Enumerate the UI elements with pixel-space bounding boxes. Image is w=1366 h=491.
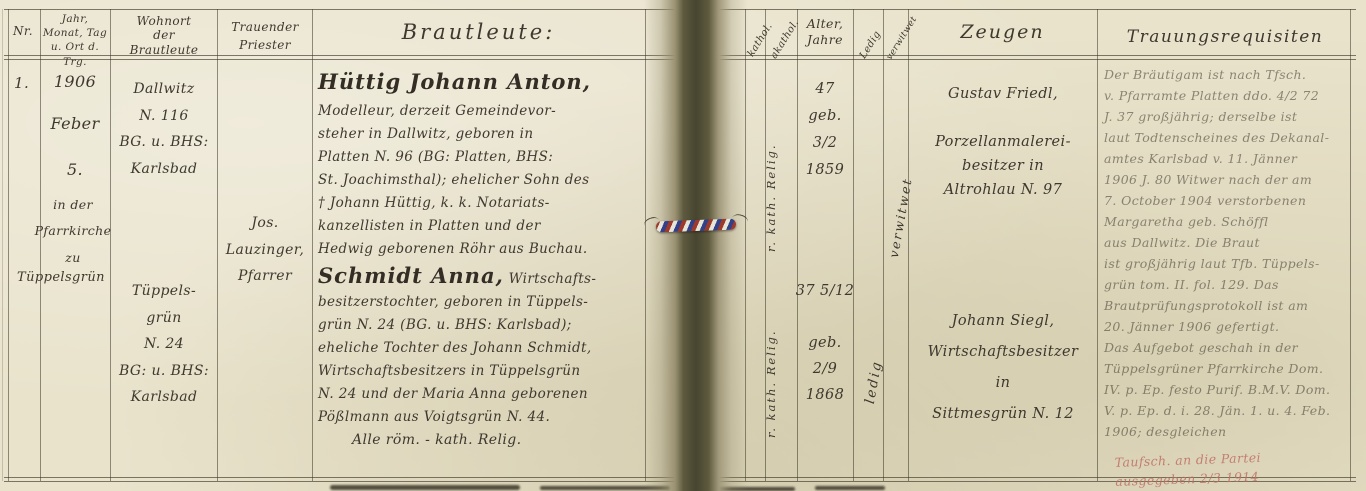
header-residence: Wohnort der Brautleute (112, 14, 216, 57)
residence-groom: Dallwitz N. 116 BG. u. BHS: Karlsbad (113, 76, 215, 182)
column-divider (217, 9, 218, 481)
entry-number: 1. (14, 72, 29, 95)
age-groom: 47 geb. 3/2 1859 (797, 76, 853, 184)
requisites-text: Der Bräutigam ist nach Tfsch. v. Pfarram… (1104, 64, 1354, 442)
column-divider (8, 9, 9, 481)
religion-bride: r. kath. Relig. (763, 329, 781, 438)
column-divider (312, 9, 313, 481)
groom-details: Modelleur, derzeit Gemeindevor- steher i… (318, 100, 646, 261)
column-divider (908, 9, 909, 481)
bride-details: Wirtschafts- besitzerstochter, geboren i… (318, 271, 596, 425)
entry-place: in der Pfarrkirche zu (34, 192, 112, 271)
entry-year: 1906 (42, 70, 108, 95)
residence-bride: Tüppels- grün N. 24 BG: u. BHS: Karlsbad (113, 278, 215, 411)
religion-groom: r. kath. Relig. (763, 143, 781, 252)
entry-month: Feber (42, 112, 108, 137)
witness-1: Gustav Friedl, Porzellanmalerei- besitze… (914, 82, 1092, 202)
page-bottom-smudge (815, 486, 885, 490)
archival-red-note: Taufsch. an die Partei ausgegeben 2/3 19… (1114, 445, 1340, 491)
age-bride: 37 5/12 geb. 2/9 1868 (793, 278, 857, 408)
groom-name: Hüttig Johann Anton, (318, 66, 643, 99)
header-nr: Nr. (6, 22, 40, 41)
column-divider (1097, 9, 1098, 481)
header-single: Ledig (856, 28, 885, 62)
header-priest: Trauender Priester (219, 18, 311, 54)
header-age: Alter, Jahre (796, 16, 854, 49)
binding-gutter (644, 0, 748, 491)
entry-place-name: Tüppelsgrün (2, 268, 120, 288)
status-groom: verwitwet (884, 176, 917, 259)
page-edge-line (2, 9, 3, 481)
register-page-scan: Nr. Jahr, Monat, Tag u. Ort d. Trg. Wohn… (0, 0, 1366, 491)
header-date: Jahr, Monat, Tag u. Ort d. Trg. (40, 12, 110, 69)
entry-day: 5. (42, 158, 108, 183)
column-divider (883, 9, 884, 481)
page-bottom-smudge (330, 485, 520, 490)
header-requisites: Trauungsrequisiten (1100, 24, 1350, 50)
religion-note: Alle röm. - kath. Relig. (352, 430, 521, 452)
header-couple: Brautleute: (312, 16, 645, 49)
header-witnesses: Zeugen (908, 18, 1097, 47)
witness-2: Johann Siegl, Wirtschaftsbesitzer in Sit… (914, 306, 1092, 430)
priest-name: Jos. Lauzinger, Pfarrer (220, 210, 310, 290)
column-divider (853, 9, 854, 481)
bride-paragraph: Schmidt Anna, Wirtschafts- besitzerstoch… (318, 264, 648, 429)
bride-name: Schmidt Anna, (318, 263, 504, 288)
